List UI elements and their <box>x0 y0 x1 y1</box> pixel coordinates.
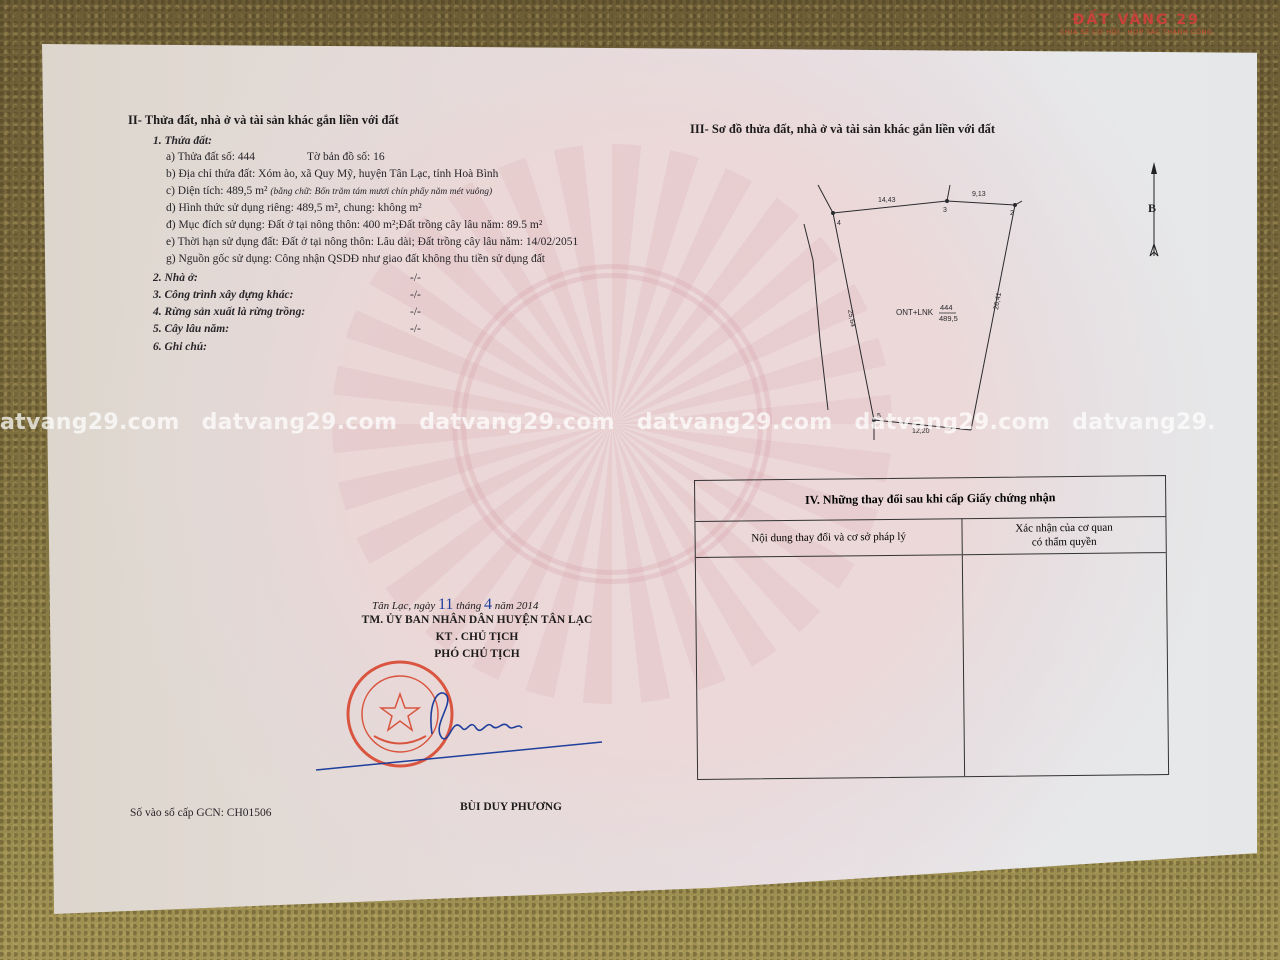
date-place: Tân Lạc, ngày <box>372 600 435 612</box>
logo-title: ĐẤT VÀNG 29 <box>1060 12 1212 28</box>
registry-value: CH01506 <box>227 807 272 819</box>
col-header-confirmation-line2: có thẩm quyền <box>1015 535 1113 550</box>
watermark-strip: atvang29.com datvang29.com datvang29.com… <box>0 410 1245 435</box>
certificate-page: II- Thửa đất, nhà ở và tài sản khác gắn … <box>42 44 1257 914</box>
date-month-label: tháng <box>456 600 481 612</box>
watermark-text: atvang29.com <box>0 410 180 435</box>
point-2: 2 <box>1010 210 1014 217</box>
item-house: 2. Nhà ở: <box>153 272 198 284</box>
watermark-text: datvang29. <box>1072 410 1216 435</box>
item-construction: 3. Công trình xây dựng khác: <box>153 289 293 301</box>
usage-form: d) Hình thức sử dụng riêng: 489,5 m², ch… <box>166 202 422 214</box>
usage-term: e) Thời hạn sử dụng đất: Đất ở tại nông … <box>166 236 578 248</box>
official-stamp-and-signature <box>312 656 612 776</box>
parcel-landuse-code: ONT+LNK <box>896 308 934 317</box>
watermark-text: datvang29.com <box>202 410 398 435</box>
changes-content-column: Nội dung thay đổi và cơ sở pháp lý <box>695 518 965 779</box>
area-in-words: (bằng chữ: Bốn trăm tám mươi chín phẩy n… <box>270 187 492 197</box>
edge-label-4-3: 14,43 <box>878 197 896 204</box>
section3-title: III- Sơ đồ thửa đất, nhà ở và tài sản kh… <box>690 122 995 137</box>
section4-title: IV. Những thay đổi sau khi cấp Giấy chứn… <box>695 476 1165 522</box>
changes-table: IV. Những thay đổi sau khi cấp Giấy chứn… <box>694 475 1169 780</box>
date-day: 11 <box>438 596 453 613</box>
parcel-address: b) Địa chỉ thửa đất: Xóm ào, xã Quy Mỹ, … <box>166 168 498 180</box>
item-construction-value: -/- <box>410 289 421 301</box>
col-header-content: Nội dung thay đổi và cơ sở pháp lý <box>695 518 961 558</box>
changes-confirmation-column: Xác nhận của cơ quan có thẩm quyền <box>962 516 1168 776</box>
map-sheet: Tờ bản đồ số: 16 <box>307 151 385 163</box>
point-4: 4 <box>837 220 841 227</box>
brand-logo: ĐẤT VÀNG 29 CHIA SẺ CƠ HỘI - HỢP TÁC THÀ… <box>1060 12 1212 36</box>
item-forest-value: -/- <box>410 306 421 318</box>
point-3: 3 <box>943 207 947 214</box>
item-house-value: -/- <box>410 272 421 284</box>
logo-tagline: CHIA SẺ CƠ HỘI - HỢP TÁC THÀNH CÔNG <box>1060 28 1212 36</box>
red-stamp-icon <box>348 662 452 766</box>
area-value: c) Diện tích: 489,5 m² <box>166 185 268 197</box>
registry-number: Số vào sổ cấp GCN: CH01506 <box>130 807 272 819</box>
usage-purpose: đ) Mục đích sử dụng: Đất ở tại nông thôn… <box>166 219 542 231</box>
col-header-confirmation: Xác nhận của cơ quan có thẩm quyền <box>962 516 1165 555</box>
land-heading: 1. Thửa đất: <box>153 135 212 147</box>
parcel-area-label: 489,5 <box>939 314 958 323</box>
north-arrow-icon: B <box>1139 160 1169 260</box>
signer-name: BÙI DUY PHƯƠNG <box>460 801 562 813</box>
edge-label-4-5: 25,64 <box>846 309 856 328</box>
edge-label-3-2: 9,13 <box>972 191 986 198</box>
edge-label-2-1: 26,41 <box>993 292 1003 311</box>
north-label: B <box>1148 201 1156 215</box>
issue-date: Tân Lạc, ngày 11 tháng 4 năm 2014 <box>372 596 538 614</box>
section2-title: II- Thửa đất, nhà ở và tài sản khác gắn … <box>128 113 399 128</box>
watermark-text: datvang29.com <box>419 410 615 435</box>
watermark-text: datvang29.com <box>855 410 1051 435</box>
usage-origin: g) Nguồn gốc sử dụng: Công nhận QSDĐ như… <box>166 253 545 265</box>
date-month: 4 <box>484 596 492 613</box>
watermark-text: datvang29.com <box>637 410 833 435</box>
item-perennial-value: -/- <box>410 323 421 335</box>
parcel-id: 444 <box>940 303 953 312</box>
issuing-authority: TM. ỦY BAN NHÂN DÂN HUYỆN TÂN LẠC <box>312 614 642 626</box>
item-perennial: 5. Cây lâu năm: <box>153 323 229 335</box>
registry-label: Số vào sổ cấp GCN: <box>130 807 224 819</box>
item-notes: 6. Ghi chú: <box>153 341 207 353</box>
date-year: năm 2014 <box>495 600 539 612</box>
parcel-area: c) Diện tích: 489,5 m² (bằng chữ: Bốn tr… <box>166 185 492 197</box>
item-forest: 4. Rừng sản xuất là rừng trồng: <box>153 306 305 318</box>
col-header-confirmation-line1: Xác nhận của cơ quan <box>1015 521 1113 536</box>
parcel-number: a) Thửa đất số: 444 <box>166 151 255 163</box>
signer-role-1: KT . CHỦ TỊCH <box>312 631 642 643</box>
parcel-diagram: 14,43 9,13 4 3 2 5 25,64 26,41 12,20 ONT… <box>800 180 1050 440</box>
